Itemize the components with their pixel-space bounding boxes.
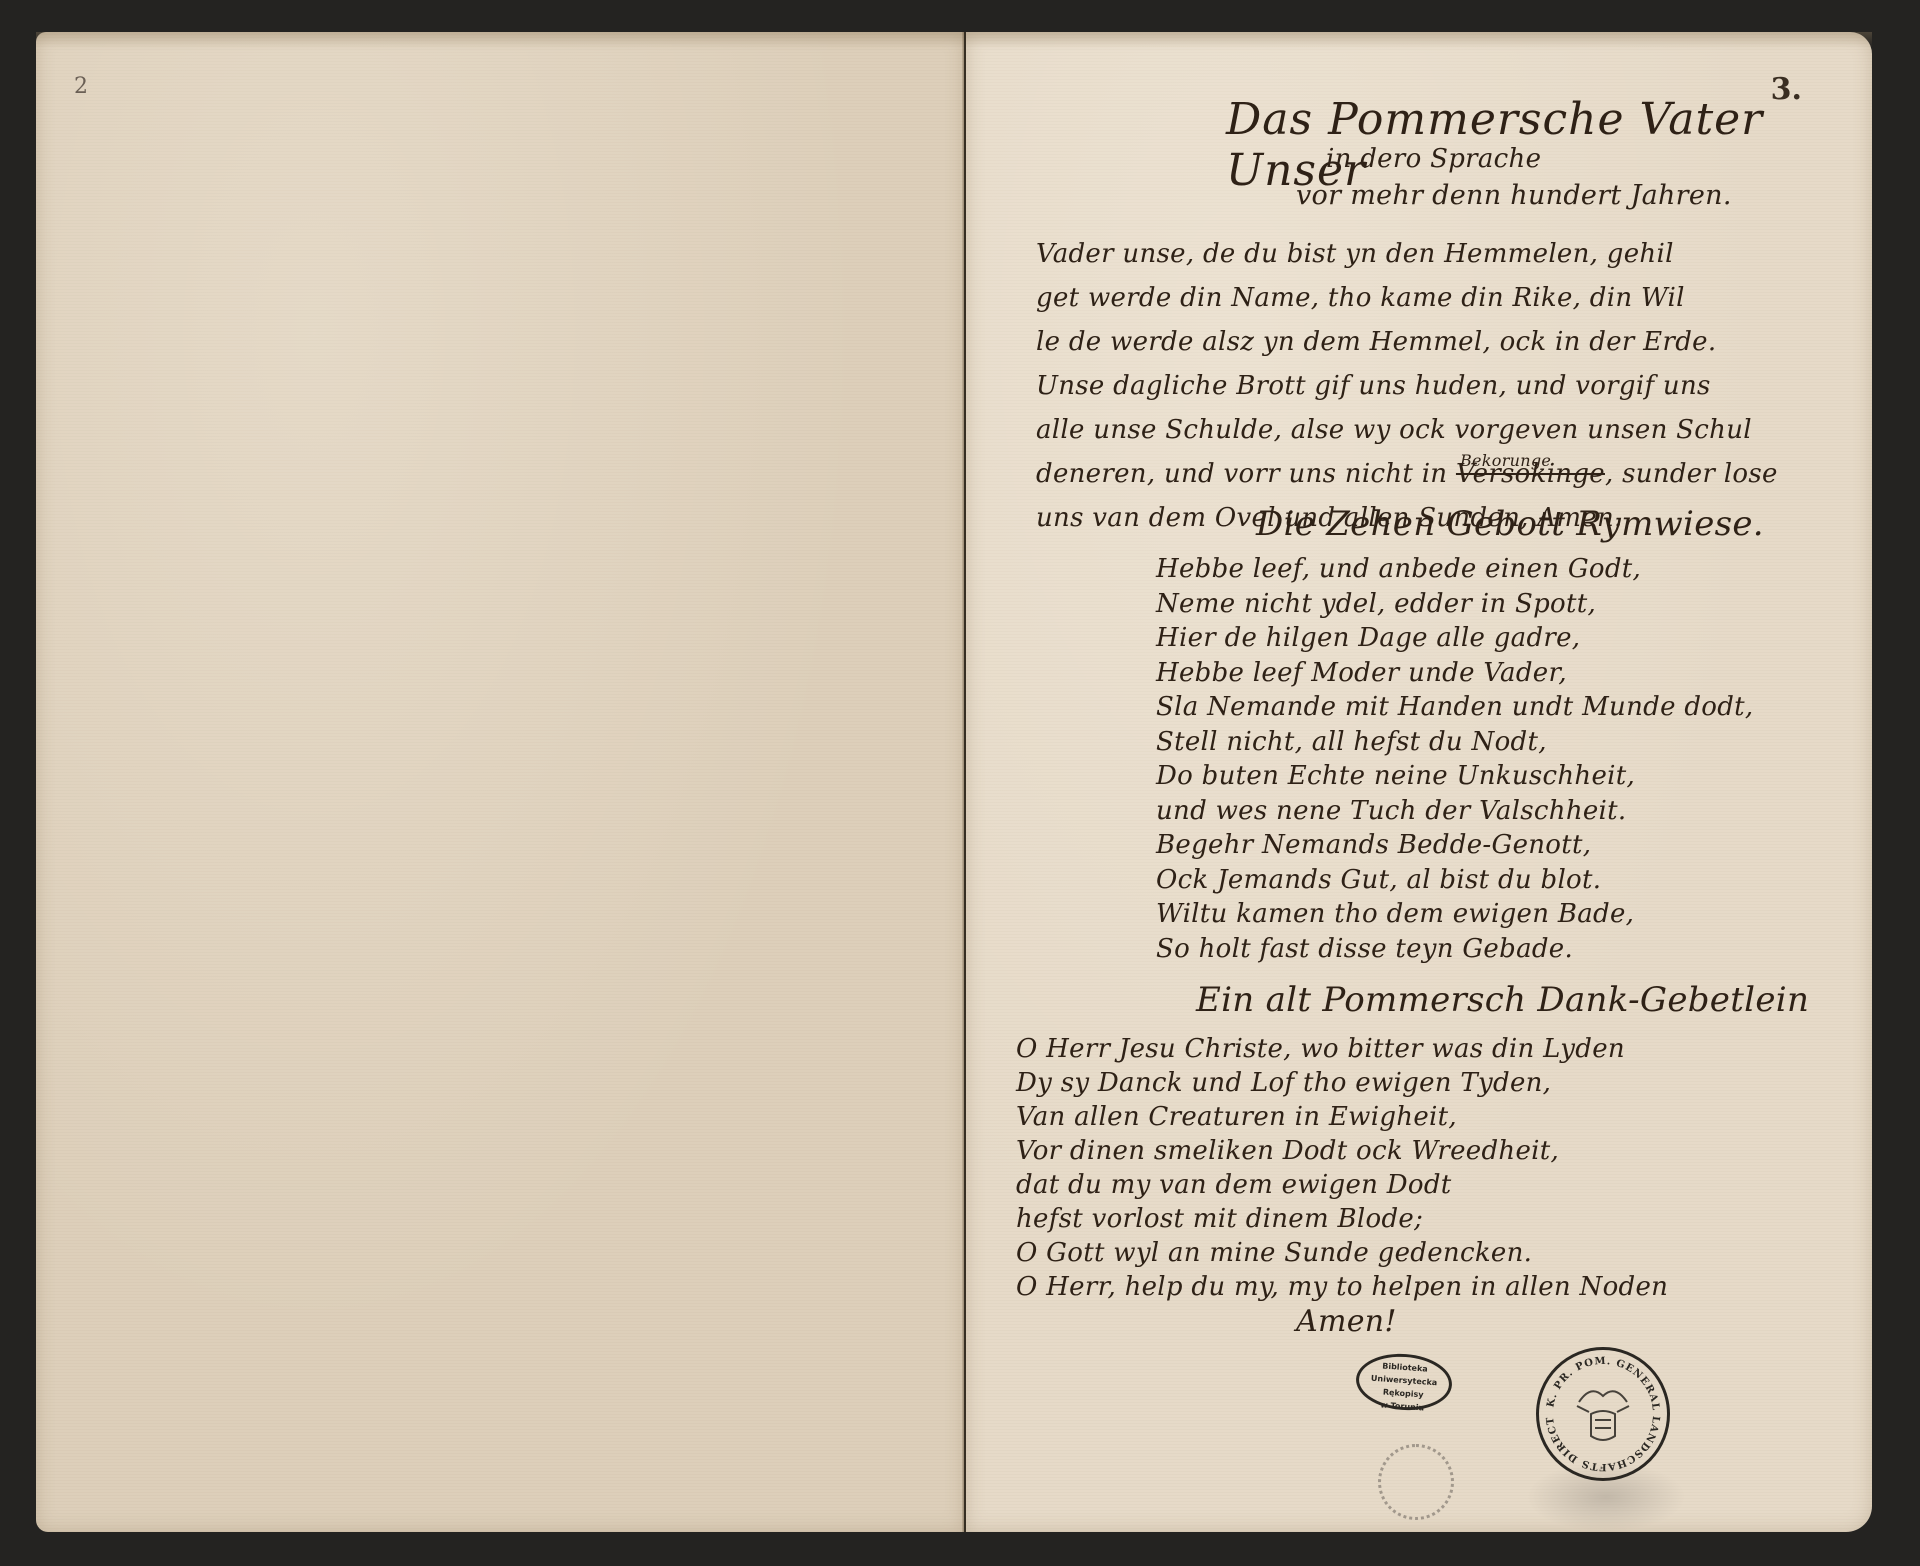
verse-line: Wiltu kamen tho dem ewigen Bade, (1156, 897, 1753, 932)
thanks-prayer-verse: O Herr Jesu Christe, wo bitter was din L… (1016, 1032, 1668, 1304)
verse-line: Hier de hilgen Dage alle gadre, (1156, 621, 1753, 656)
verse-line: hefst vorlost mit dinem Blode; (1016, 1202, 1668, 1236)
thanks-prayer-heading: Ein alt Pommersch Dank-Gebetlein (1196, 980, 1809, 1020)
folio-number-left: 2 (74, 74, 88, 99)
verse-line: dat du my van dem ewigen Dodt (1016, 1168, 1668, 1202)
verse-line: Vor dinen smeliken Dodt ock Wreedheit, (1016, 1134, 1668, 1168)
prayer-line: get werde din Name, tho kame din Rike, d… (1036, 276, 1816, 320)
eagle-seal-icon: K. PR. POM. GENERAL LANDSCHAFTS DIRECTIO… (1539, 1350, 1667, 1478)
verse-line: Neme nicht ydel, edder in Spott, (1156, 587, 1753, 622)
verse-line: O Herr Jesu Christe, wo bitter was din L… (1016, 1032, 1668, 1066)
page-edge (966, 32, 1872, 48)
verse-line: Dy sy Danck und Lof tho ewigen Tyden, (1016, 1066, 1668, 1100)
page-edge (36, 32, 964, 48)
verse-line: Hebbe leef, und anbede einen Godt, (1156, 552, 1753, 587)
verse-line: und wes nene Tuch der Valschheit. (1156, 794, 1753, 829)
verse-line: Hebbe leef Moder unde Vader, (1156, 656, 1753, 691)
subtitle-language: in dero Sprache (1326, 144, 1541, 174)
right-page: 3. Das Pommersche Vater Unser in dero Sp… (966, 32, 1872, 1532)
verse-line: O Herr, help du my, my to helpen in alle… (1016, 1270, 1668, 1304)
left-page: 2 (36, 32, 964, 1532)
library-stamp-oval: Biblioteka Uniwersytecka Rękopisy w Toru… (1354, 1351, 1454, 1414)
prayer-line-with-correction: deneren, und vorr uns nicht in Bekorunge… (1036, 452, 1816, 496)
lords-prayer-text: Vader unse, de du bist yn den Hemmelen, … (1036, 232, 1816, 540)
verse-line: Do buten Echte neine Unkuschheit, (1156, 759, 1753, 794)
prayer-line: Unse dagliche Brott gif uns huden, und v… (1036, 364, 1816, 408)
prayer-line: alle unse Schulde, alse wy ock vorgeven … (1036, 408, 1816, 452)
subtitle-age: vor mehr denn hundert Jahren. (1296, 180, 1732, 211)
verse-line: Stell nicht, all hefst du Nodt, (1156, 725, 1753, 760)
landschaft-seal-stamp: K. PR. POM. GENERAL LANDSCHAFTS DIRECTIO… (1536, 1347, 1670, 1481)
interlinear-insertion: Bekorunge (1460, 439, 1551, 483)
commandments-verse: Hebbe leef, und anbede einen Godt, Neme … (1156, 552, 1753, 966)
verse-line: Sla Nemande mit Handen undt Munde dodt, (1156, 690, 1753, 725)
correction: BekorungeVersokinge (1456, 459, 1605, 489)
manuscript-spread: 2 3. Das Pommersche Vater Unser in dero … (36, 32, 1874, 1532)
prayer-line-start: deneren, und vorr uns nicht in (1036, 459, 1447, 489)
verse-line: O Gott wyl an mine Sunde gedencken. (1016, 1236, 1668, 1270)
verse-line: Van allen Creaturen in Ewigheit, (1016, 1100, 1668, 1134)
commandments-heading: Die Zehen Gebott Rymwiese. (1256, 504, 1764, 544)
verse-line: So holt fast disse teyn Gebade. (1156, 932, 1753, 967)
prayer-line: le de werde alsz yn dem Hemmel, ock in d… (1036, 320, 1816, 364)
prayer-line-end: , sunder lose (1605, 459, 1778, 489)
faint-round-stamp (1378, 1444, 1454, 1520)
verse-line: Begehr Nemands Bedde-Genott, (1156, 828, 1753, 863)
prayer-line: Vader unse, de du bist yn den Hemmelen, … (1036, 232, 1816, 276)
closing-amen: Amen! (1296, 1304, 1397, 1339)
verse-line: Ock Jemands Gut, al bist du blot. (1156, 863, 1753, 898)
